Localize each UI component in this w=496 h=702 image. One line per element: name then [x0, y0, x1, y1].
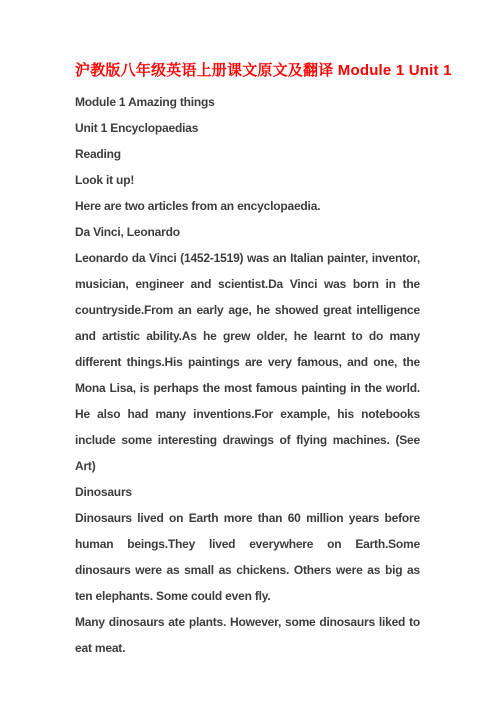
- article-body-dinosaurs-2: Many dinosaurs ate plants. However, some…: [75, 609, 420, 661]
- heading-module: Module 1 Amazing things: [75, 89, 420, 115]
- document-title: 沪教版八年级英语上册课文原文及翻译 Module 1 Unit 1: [75, 62, 420, 79]
- article-title-da-vinci: Da Vinci, Leonardo: [75, 219, 420, 245]
- heading-look-it-up: Look it up!: [75, 167, 420, 193]
- heading-unit: Unit 1 Encyclopaedias: [75, 115, 420, 141]
- article-title-dinosaurs: Dinosaurs: [75, 479, 420, 505]
- heading-reading: Reading: [75, 141, 420, 167]
- article-body-da-vinci: Leonardo da Vinci (1452-1519) was an Ita…: [75, 245, 420, 479]
- intro-line: Here are two articles from an encyclopae…: [75, 193, 420, 219]
- document-page: 沪教版八年级英语上册课文原文及翻译 Module 1 Unit 1 Module…: [0, 0, 496, 702]
- article-body-dinosaurs: Dinosaurs lived on Earth more than 60 mi…: [75, 505, 420, 609]
